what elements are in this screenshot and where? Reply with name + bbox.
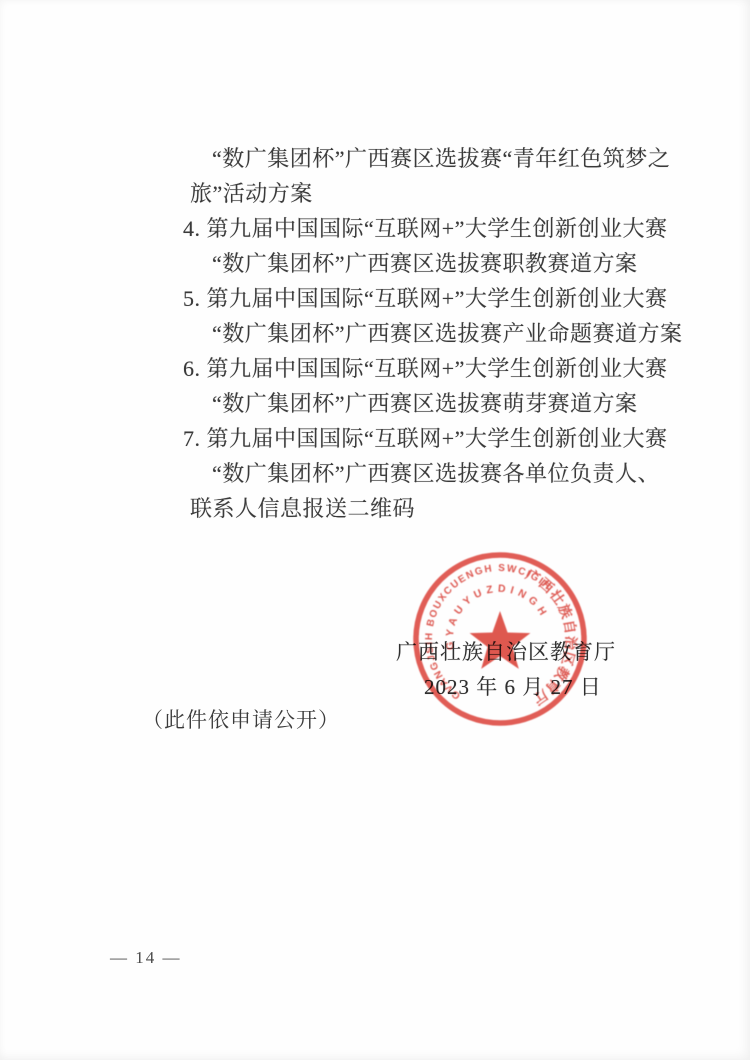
- list-item-line: 7. 第九届中国国际“互联网+”大学生创新创业大赛: [183, 422, 667, 453]
- list-item-line: “数广集团杯”广西赛区选拔赛萌芽赛道方案: [212, 387, 638, 418]
- seal-star-icon: [470, 611, 531, 669]
- list-item-line: 联系人信息报送二维码: [190, 492, 415, 523]
- disclosure-note: （此件依申请公开）: [142, 704, 340, 734]
- list-item-line: “数广集团杯”广西赛区选拔赛各单位负责人、: [212, 457, 660, 488]
- document-page: “数广集团杯”广西赛区选拔赛“青年红色筑梦之 旅”活动方案 4. 第九届中国国际…: [0, 0, 750, 1060]
- list-item-line: “数广集团杯”广西赛区选拔赛产业命题赛道方案: [212, 317, 683, 348]
- list-item-line: “数广集团杯”广西赛区选拔赛“青年红色筑梦之: [212, 142, 670, 173]
- page-number: — 14 —: [110, 948, 182, 968]
- list-item-line: 4. 第九届中国国际“互联网+”大学生创新创业大赛: [183, 212, 667, 243]
- official-seal: GVANGJSIH BOUXCUENGH SWCIGIH 广西壮族自治区教育厅 …: [408, 547, 592, 731]
- list-item-line: 6. 第九届中国国际“互联网+”大学生创新创业大赛: [183, 352, 667, 383]
- list-item-line: 旅”活动方案: [190, 177, 313, 208]
- list-item-line: “数广集团杯”广西赛区选拔赛职教赛道方案: [212, 247, 638, 278]
- list-item-line: 5. 第九届中国国际“互联网+”大学生创新创业大赛: [183, 282, 667, 313]
